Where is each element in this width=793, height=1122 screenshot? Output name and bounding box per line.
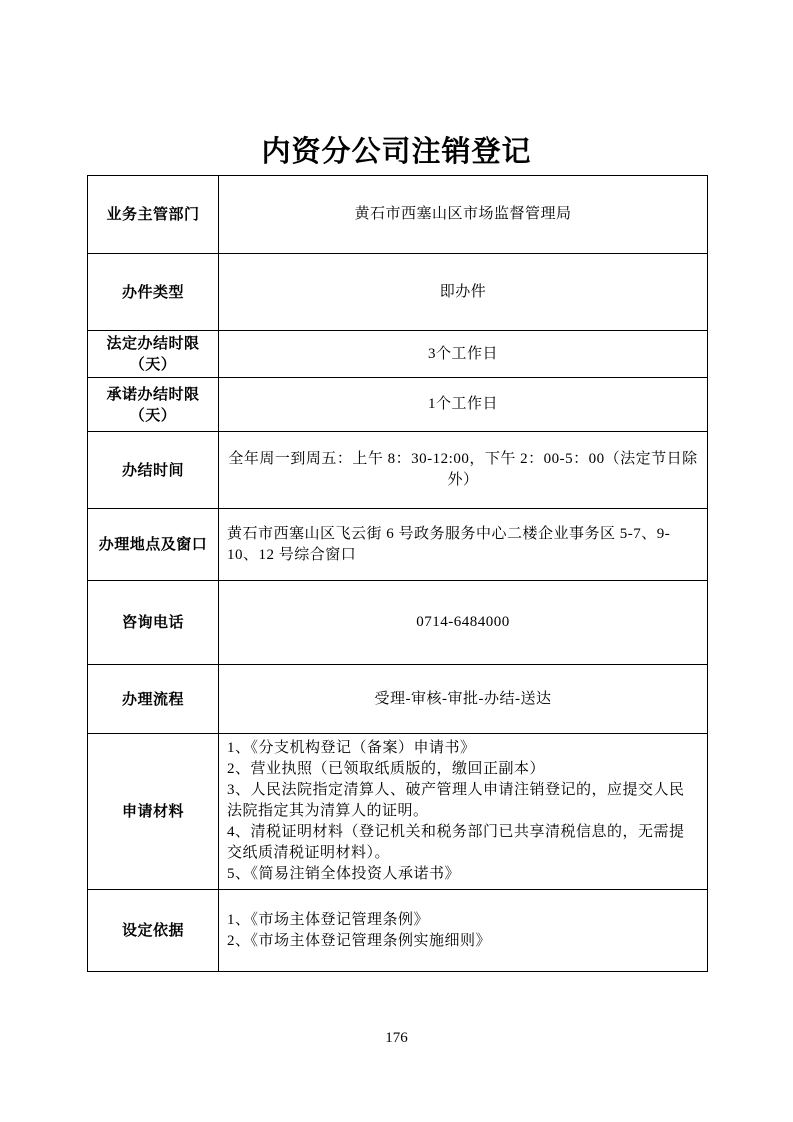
statutory-time-limit-value: 3个工作日	[219, 331, 708, 378]
table-row-case-type: 办件类型 即办件	[88, 254, 708, 331]
supervising-department-value: 黄石市西塞山区市场监督管理局	[219, 176, 708, 254]
legal-basis-label: 设定依据	[88, 890, 219, 972]
process-flow-label: 办理流程	[88, 665, 219, 734]
location-window-label: 办理地点及窗口	[88, 509, 219, 581]
table-row-processing-hours: 办结时间 全年周一到周五：上午 8：30-12:00，下午 2：00-5：00（…	[88, 432, 708, 509]
table-row-location-window: 办理地点及窗口 黄石市西塞山区飞云街 6 号政务服务中心二楼企业事务区 5-7、…	[88, 509, 708, 581]
application-materials-label: 申请材料	[88, 734, 219, 890]
application-materials-value: 1、《分支机构登记（备案）申请书》 2、营业执照（已领取纸质版的，缴回正副本） …	[219, 734, 708, 890]
table-row-process-flow: 办理流程 受理-审核-审批-办结-送达	[88, 665, 708, 734]
legal-basis-value: 1、《市场主体登记管理条例》 2、《市场主体登记管理条例实施细则》	[219, 890, 708, 972]
table-row-application-materials: 申请材料 1、《分支机构登记（备案）申请书》 2、营业执照（已领取纸质版的，缴回…	[88, 734, 708, 890]
consultation-phone-value: 0714-6484000	[219, 581, 708, 665]
supervising-department-label: 业务主管部门	[88, 176, 219, 254]
table-row-legal-basis: 设定依据 1、《市场主体登记管理条例》 2、《市场主体登记管理条例实施细则》	[88, 890, 708, 972]
promised-time-limit-value: 1个工作日	[219, 378, 708, 432]
location-window-value: 黄石市西塞山区飞云街 6 号政务服务中心二楼企业事务区 5-7、9-10、12 …	[219, 509, 708, 581]
consultation-phone-label: 咨询电话	[88, 581, 219, 665]
case-type-label: 办件类型	[88, 254, 219, 331]
page-number: 176	[0, 1030, 793, 1047]
table-row-supervising-department: 业务主管部门 黄石市西塞山区市场监督管理局	[88, 176, 708, 254]
table-row-statutory-time-limit: 法定办结时限 （天） 3个工作日	[88, 331, 708, 378]
process-flow-value: 受理-审核-审批-办结-送达	[219, 665, 708, 734]
processing-hours-value: 全年周一到周五：上午 8：30-12:00，下午 2：00-5：00（法定节日除…	[219, 432, 708, 509]
table-row-promised-time-limit: 承诺办结时限 （天） 1个工作日	[88, 378, 708, 432]
processing-hours-label: 办结时间	[88, 432, 219, 509]
document-title: 内资分公司注销登记	[0, 134, 793, 170]
service-info-table: 业务主管部门 黄石市西塞山区市场监督管理局 办件类型 即办件 法定办结时限 （天…	[87, 175, 708, 972]
case-type-value: 即办件	[219, 254, 708, 331]
table-row-consultation-phone: 咨询电话 0714-6484000	[88, 581, 708, 665]
statutory-time-limit-label: 法定办结时限 （天）	[88, 331, 219, 378]
promised-time-limit-label: 承诺办结时限 （天）	[88, 378, 219, 432]
